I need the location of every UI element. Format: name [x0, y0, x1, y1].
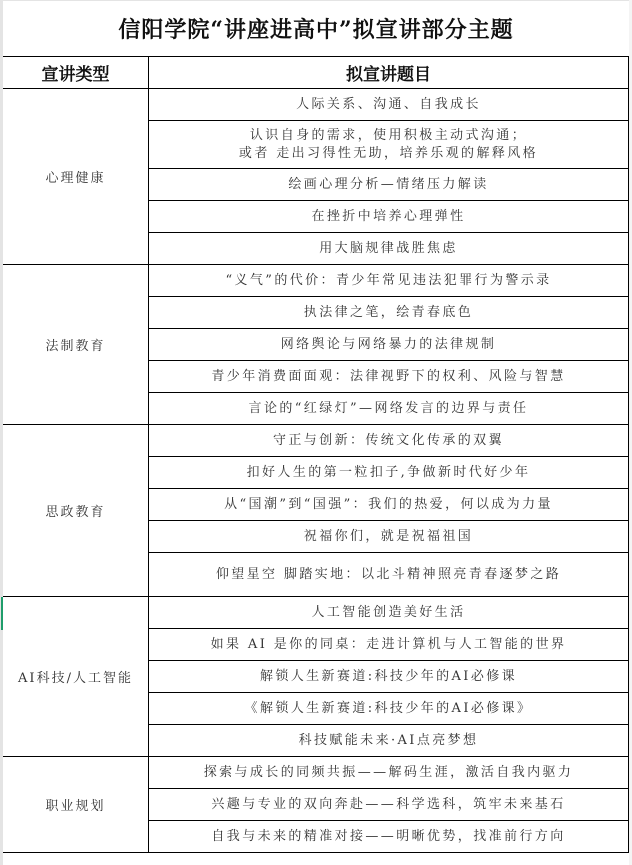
group-ai-technology: AI科技/人工智能 人工智能创造美好生活 如果 AI 是你的同桌：走进计算机与人… [3, 597, 629, 757]
header-topic-column[interactable]: 拟宣讲题目 [149, 57, 628, 88]
group-legal-education: 法制教育 “义气”的代价：青少年常见违法犯罪行为警示录 执法律之笔，绘青春底色 … [3, 265, 629, 425]
group-ideological-education: 思政教育 守正与创新：传统文化传承的双翼 扣好人生的第一粒扣子,争做新时代好少年… [3, 425, 629, 597]
group-career-planning: 职业规划 探索与成长的同频共振——解码生涯，激活自我内驱力 兴趣与专业的双向奔赴… [3, 757, 629, 853]
topic-table: 信阳学院“讲座进高中”拟宣讲部分主题 宣讲类型 拟宣讲题目 心理健康 人际关系、… [3, 0, 629, 853]
topic-cell[interactable]: 祝福你们，就是祝福祖国 [149, 521, 628, 553]
topic-cell[interactable]: 言论的“红绿灯”—网络发言的边界与责任 [149, 393, 628, 424]
topic-cell[interactable]: 科技赋能未来·AI点亮梦想 [149, 725, 628, 756]
topic-cell[interactable]: 扣好人生的第一粒扣子,争做新时代好少年 [149, 457, 628, 489]
topic-cell[interactable]: 绘画心理分析—情绪压力解读 [149, 169, 628, 201]
topic-cell[interactable]: 《解锁人生新赛道:科技少年的AI必修课》 [149, 693, 628, 725]
type-cell[interactable]: 心理健康 [3, 89, 149, 264]
type-cell[interactable]: 职业规划 [3, 757, 149, 852]
topic-cell[interactable]: “义气”的代价：青少年常见违法犯罪行为警示录 [149, 265, 628, 297]
topic-cell[interactable]: 人工智能创造美好生活 [149, 597, 628, 629]
topic-cell[interactable]: 认识自身的需求，使用积极主动式沟通； 或者 走出习得性无助，培养乐观的解释风格 [149, 121, 628, 169]
type-cell[interactable]: 法制教育 [3, 265, 149, 424]
header-type-column[interactable]: 宣讲类型 [3, 57, 149, 88]
topic-cell[interactable]: 自我与未来的精准对接——明晰优势，找准前行方向 [149, 821, 628, 852]
topic-cell[interactable]: 青少年消费面面观：法律视野下的权利、风险与智慧 [149, 361, 628, 393]
topic-cell[interactable]: 用大脑规律战胜焦虑 [149, 233, 628, 264]
header-row: 宣讲类型 拟宣讲题目 [3, 57, 629, 89]
group-psychology: 心理健康 人际关系、沟通、自我成长 认识自身的需求，使用积极主动式沟通； 或者 … [3, 89, 629, 265]
topic-cell[interactable]: 仰望星空 脚踏实地：以北斗精神照亮青春逐梦之路 [149, 553, 628, 596]
topic-cell[interactable]: 从“国潮”到“国强”：我们的热爱，何以成为力量 [149, 489, 628, 521]
topic-cell[interactable]: 探索与成长的同频共振——解码生涯，激活自我内驱力 [149, 757, 628, 789]
topic-cell[interactable]: 在挫折中培养心理弹性 [149, 201, 628, 233]
type-cell[interactable]: 思政教育 [3, 425, 149, 596]
type-cell[interactable]: AI科技/人工智能 [3, 597, 149, 756]
topic-cell[interactable]: 执法律之笔，绘青春底色 [149, 297, 628, 329]
topic-cell[interactable]: 兴趣与专业的双向奔赴——科学选科，筑牢未来基石 [149, 789, 628, 821]
table-title[interactable]: 信阳学院“讲座进高中”拟宣讲部分主题 [3, 0, 629, 57]
topic-cell[interactable]: 守正与创新：传统文化传承的双翼 [149, 425, 628, 457]
topic-cell[interactable]: 人际关系、沟通、自我成长 [149, 89, 628, 121]
topic-cell[interactable]: 网络舆论与网络暴力的法律规制 [149, 329, 628, 361]
topic-cell[interactable]: 解锁人生新赛道:科技少年的AI必修课 [149, 661, 628, 693]
topic-cell[interactable]: 如果 AI 是你的同桌：走进计算机与人工智能的世界 [149, 629, 628, 661]
